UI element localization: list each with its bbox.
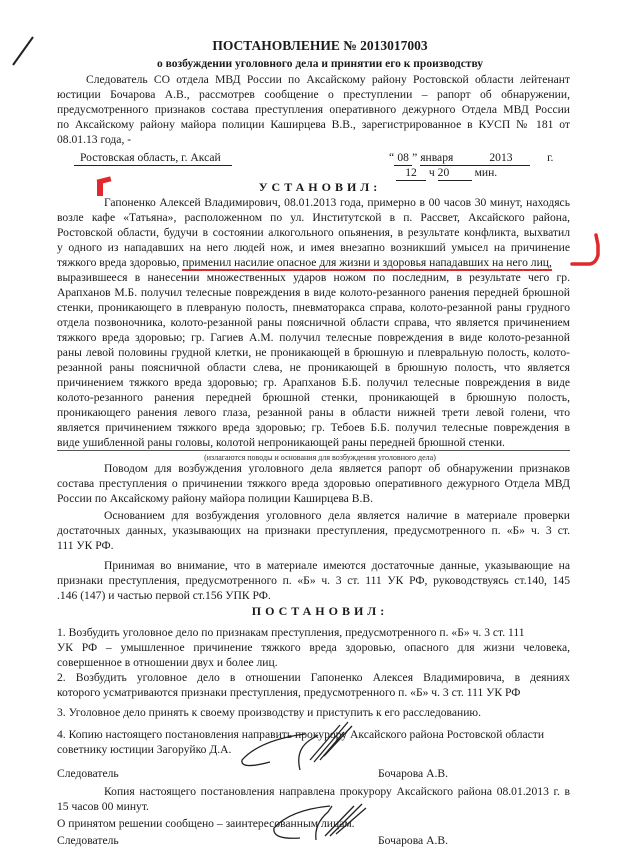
highlighted-phrase: применил насилие опасное для жизни и здо… bbox=[182, 256, 552, 271]
time-field: 12 ч 20 мин. bbox=[396, 165, 497, 181]
red-bracket-mark bbox=[560, 225, 620, 285]
copy-sent-line-1: Копия настоящего постановления направлен… bbox=[104, 784, 570, 799]
investigator-label-2: Следователь bbox=[57, 833, 119, 848]
place-field: Ростовская область, г. Аксай bbox=[74, 150, 232, 166]
document-title: ПОСТАНОВЛЕНИЕ № 2013017003 bbox=[0, 38, 640, 53]
resolved-heading: ПОСТАНОВИЛ: bbox=[0, 604, 640, 619]
signature-icon bbox=[240, 720, 360, 790]
signature-icon bbox=[270, 800, 390, 848]
date-field: “08” января2013 г. bbox=[389, 150, 553, 166]
document-subtitle: о возбуждении уголовного дела и принятии… bbox=[0, 57, 640, 72]
investigator-label-1: Следователь bbox=[57, 766, 119, 781]
investigator-name-1: Бочарова А.В. bbox=[378, 766, 448, 781]
established-heading: УСТАНОВИЛ: bbox=[0, 180, 640, 195]
copy-sent-line-2: 15 часов 00 минут. bbox=[57, 799, 149, 814]
